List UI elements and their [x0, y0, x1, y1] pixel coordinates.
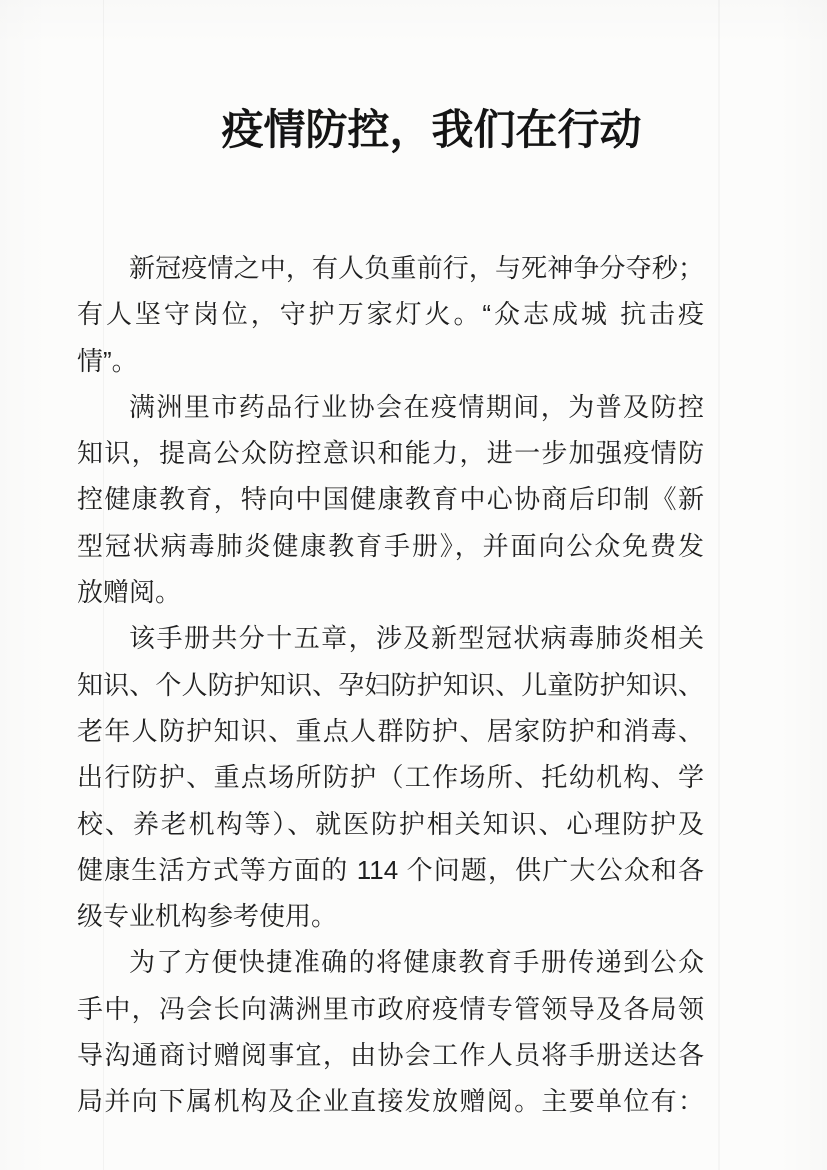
text-line: 新冠疫情之中，有人负重前行，与死神争分夺秒； [77, 245, 704, 291]
text-line: 局并向下属机构及企业直接发放赠阅。主要单位有： [77, 1078, 704, 1124]
page-title: 疫情防控，我们在行动 [18, 104, 827, 156]
scan-streak-right [718, 0, 720, 1170]
text-line: 手中，冯会长向满洲里市政府疫情专管领导及各局领 [77, 986, 704, 1032]
text-line: 满洲里市药品行业协会在疫情期间，为普及防控 [77, 384, 704, 430]
text-line: 型冠状病毒肺炎健康教育手册》，并面向公众免费发 [77, 523, 704, 569]
text-line: 导沟通商讨赠阅事宜，由协会工作人员将手册送达各 [77, 1032, 704, 1078]
document-page: 疫情防控，我们在行动 新冠疫情之中，有人负重前行，与死神争分夺秒；有人坚守岗位，… [0, 0, 827, 1170]
text-line: 知识，提高公众防控意识和能力，进一步加强疫情防 [77, 430, 704, 476]
text-line: 老年人防护知识、重点人群防护、居家防护和消毒、 [77, 708, 704, 754]
text-line: 控健康教育，特向中国健康教育中心协商后印制《新 [77, 476, 704, 522]
text-line: 级专业机构参考使用。 [77, 893, 704, 939]
text-line: 有人坚守岗位，守护万家灯火。“众志成城 抗击疫 [77, 291, 704, 337]
text-line: 为了方便快捷准确的将健康教育手册传递到公众 [77, 939, 704, 985]
text-line: 该手册共分十五章，涉及新型冠状病毒肺炎相关 [77, 615, 704, 661]
text-line: 出行防护、重点场所防护（工作场所、托幼机构、学 [77, 754, 704, 800]
text-line: 知识、个人防护知识、孕妇防护知识、儿童防护知识、 [77, 662, 704, 708]
text-line: 放赠阅。 [77, 569, 704, 615]
text-line: 健康生活方式等方面的 114 个问题，供广大公众和各 [77, 847, 704, 893]
body-text: 新冠疫情之中，有人负重前行，与死神争分夺秒；有人坚守岗位，守护万家灯火。“众志成… [77, 245, 704, 1125]
text-line: 情”。 [77, 338, 704, 384]
text-line: 校、养老机构等）、就医防护相关知识、心理防护及 [77, 801, 704, 847]
